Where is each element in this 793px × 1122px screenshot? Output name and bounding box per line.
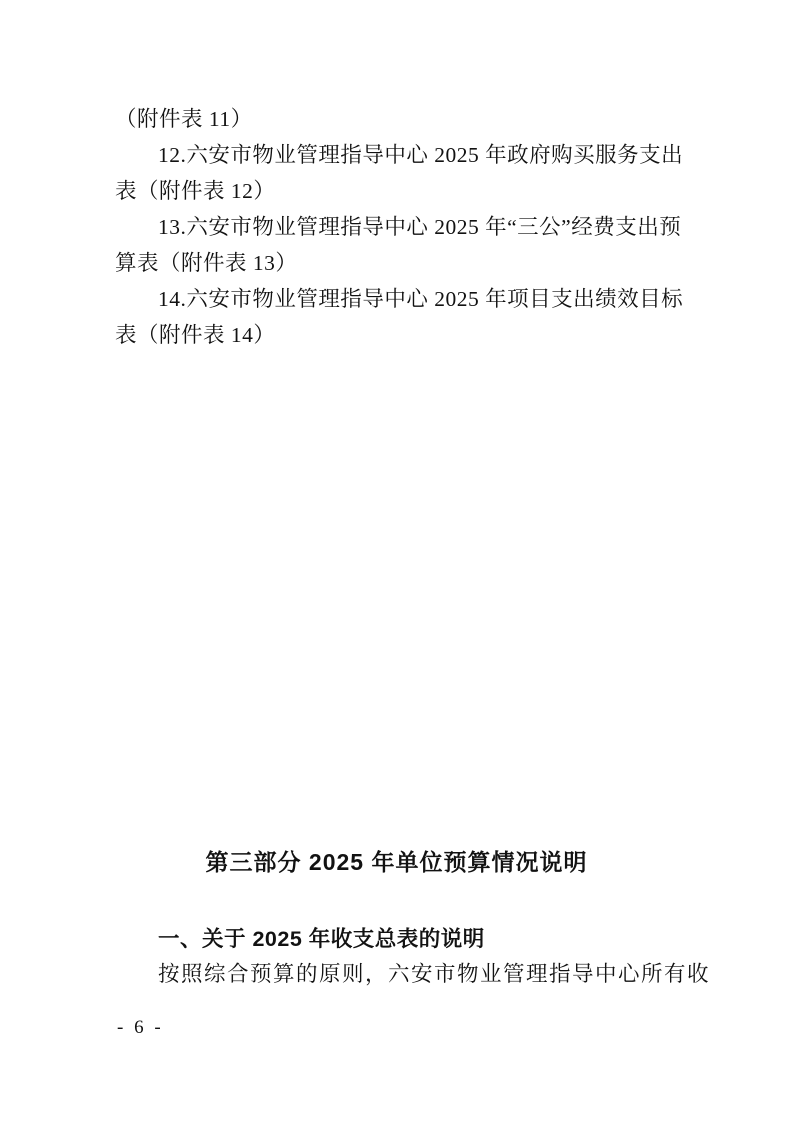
page-number: - 6 - (117, 1016, 164, 1040)
list-line: 表（附件表 14） (115, 317, 675, 353)
list-line: 表（附件表 12） (115, 173, 675, 209)
subsection-heading: 一、关于 2025 年收支总表的说明 (158, 923, 485, 955)
list-line: 12.六安市物业管理指导中心 2025 年政府购买服务支出 (115, 137, 675, 173)
section-heading: 第三部分 2025 年单位预算情况说明 (0, 846, 793, 878)
list-line: 13.六安市物业管理指导中心 2025 年“三公”经费支出预 (115, 209, 675, 245)
list-line: 14.六安市物业管理指导中心 2025 年项目支出绩效目标 (115, 281, 675, 317)
document-page: （附件表 11） 12.六安市物业管理指导中心 2025 年政府购买服务支出 表… (0, 0, 793, 1122)
list-line: （附件表 11） (115, 101, 675, 137)
attachment-table-list: （附件表 11） 12.六安市物业管理指导中心 2025 年政府购买服务支出 表… (115, 101, 675, 353)
list-line: 算表（附件表 13） (115, 245, 675, 281)
body-paragraph-line: 按照综合预算的原则，六安市物业管理指导中心所有收 (158, 958, 710, 990)
